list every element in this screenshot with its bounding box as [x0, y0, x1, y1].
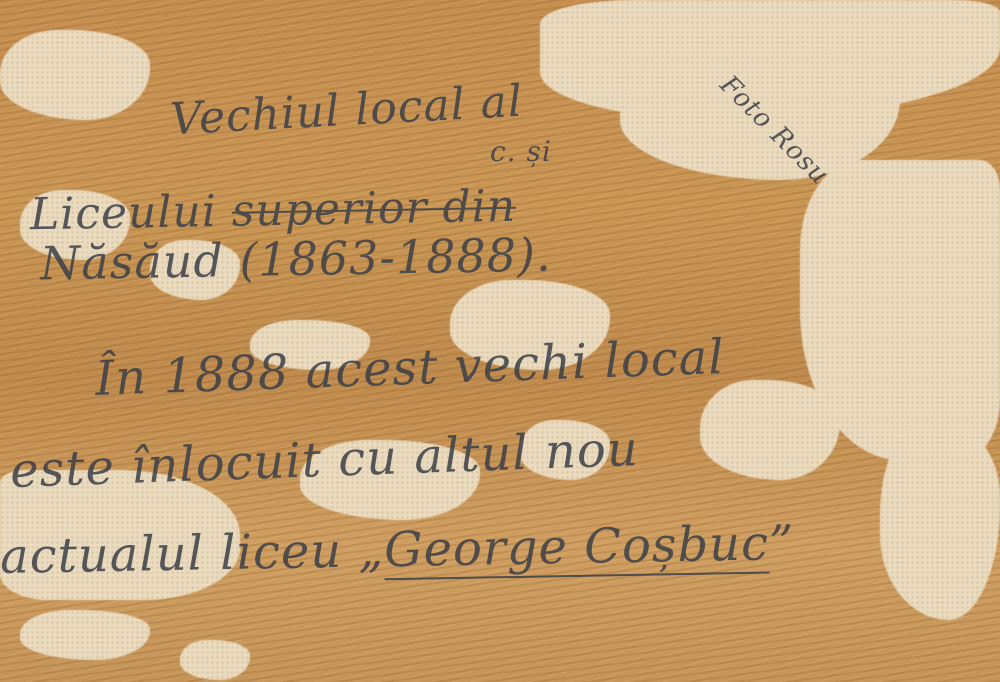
exposed-patch	[700, 380, 840, 480]
line-6-end: ”	[768, 515, 795, 571]
exposed-patch	[880, 420, 1000, 620]
underlined-name: George Coșbuc	[384, 516, 770, 581]
exposed-patch	[0, 30, 150, 120]
exposed-patch	[20, 610, 150, 660]
exposed-patch	[180, 640, 250, 680]
line-6-start: actualul liceu „	[0, 522, 385, 585]
line-2-word: Liceului	[30, 186, 233, 241]
inscription-insertion: c. și	[490, 135, 552, 168]
inscription-line-3: Năsăud (1863-1888).	[40, 228, 552, 291]
photo-surface: Foto Rosu Vechiul local al c. și Liceulu…	[0, 0, 1000, 682]
